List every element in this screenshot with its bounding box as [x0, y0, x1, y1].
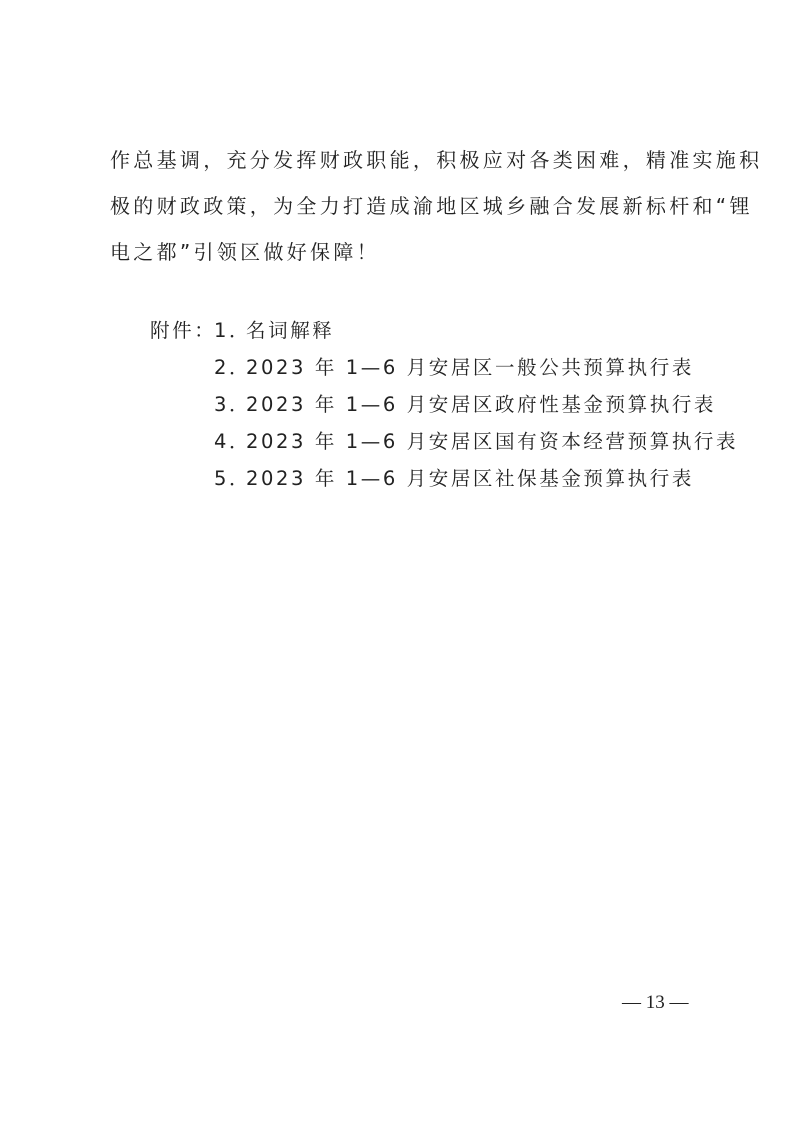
attachment-item-4: 2023 年 1—6 月安居区国有资本经营预算执行表 [246, 430, 738, 454]
paragraph-line-1: 作总基调，充分发挥财政职能，积极应对各类困难，精准实施积 [110, 148, 762, 172]
paragraph-line-2: 极的财政政策，为全力打造成渝地区城乡融合发展新标杆和“锂 [110, 194, 753, 218]
attachment-item-1: 名词解释 [246, 319, 334, 343]
page-number: — 13 — [622, 992, 689, 1014]
attachments-label: 附件： [150, 319, 216, 343]
attachment-item-5: 2023 年 1—6 月安居区社保基金预算执行表 [246, 467, 694, 491]
paragraph-line-3: 电之都”引领区做好保障！ [110, 240, 380, 264]
attachment-item-2: 2023 年 1—6 月安居区一般公共预算执行表 [246, 356, 694, 380]
attachment-item-3: 2023 年 1—6 月安居区政府性基金预算执行表 [246, 393, 716, 417]
